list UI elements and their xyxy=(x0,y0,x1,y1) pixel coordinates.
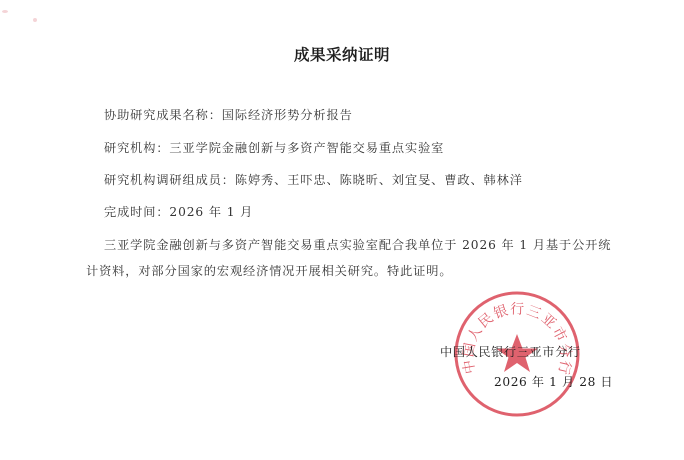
field-research-team-members: 研究机构调研组成员：陈婷秀、王吓忠、陈晓昕、刘宜旻、曹政、韩林洋 xyxy=(104,171,523,188)
paper-smudge xyxy=(33,18,37,22)
body-paragraph-line-1: 三亚学院金融创新与多资产智能交易重点实验室配合我单位于 2026 年 1 月基于… xyxy=(104,236,611,253)
paper-smudge xyxy=(2,10,8,13)
document-title: 成果采纳证明 xyxy=(0,43,684,65)
body-paragraph-line-2: 计资料，对部分国家的宏观经济情况开展相关研究。特此证明。 xyxy=(86,262,452,279)
signature-organization: 中国人民银行三亚市分行 xyxy=(440,343,581,360)
field-research-institution: 研究机构：三亚学院金融创新与多资产智能交易重点实验室 xyxy=(104,139,444,156)
field-research-result-name: 协助研究成果名称：国际经济形势分析报告 xyxy=(104,106,353,123)
field-completion-time: 完成时间：2026 年 1 月 xyxy=(104,203,253,220)
certificate-page: 成果采纳证明 协助研究成果名称：国际经济形势分析报告 研究机构：三亚学院金融创新… xyxy=(0,0,684,460)
signature-date: 2026 年 1 月 28 日 xyxy=(494,373,613,390)
